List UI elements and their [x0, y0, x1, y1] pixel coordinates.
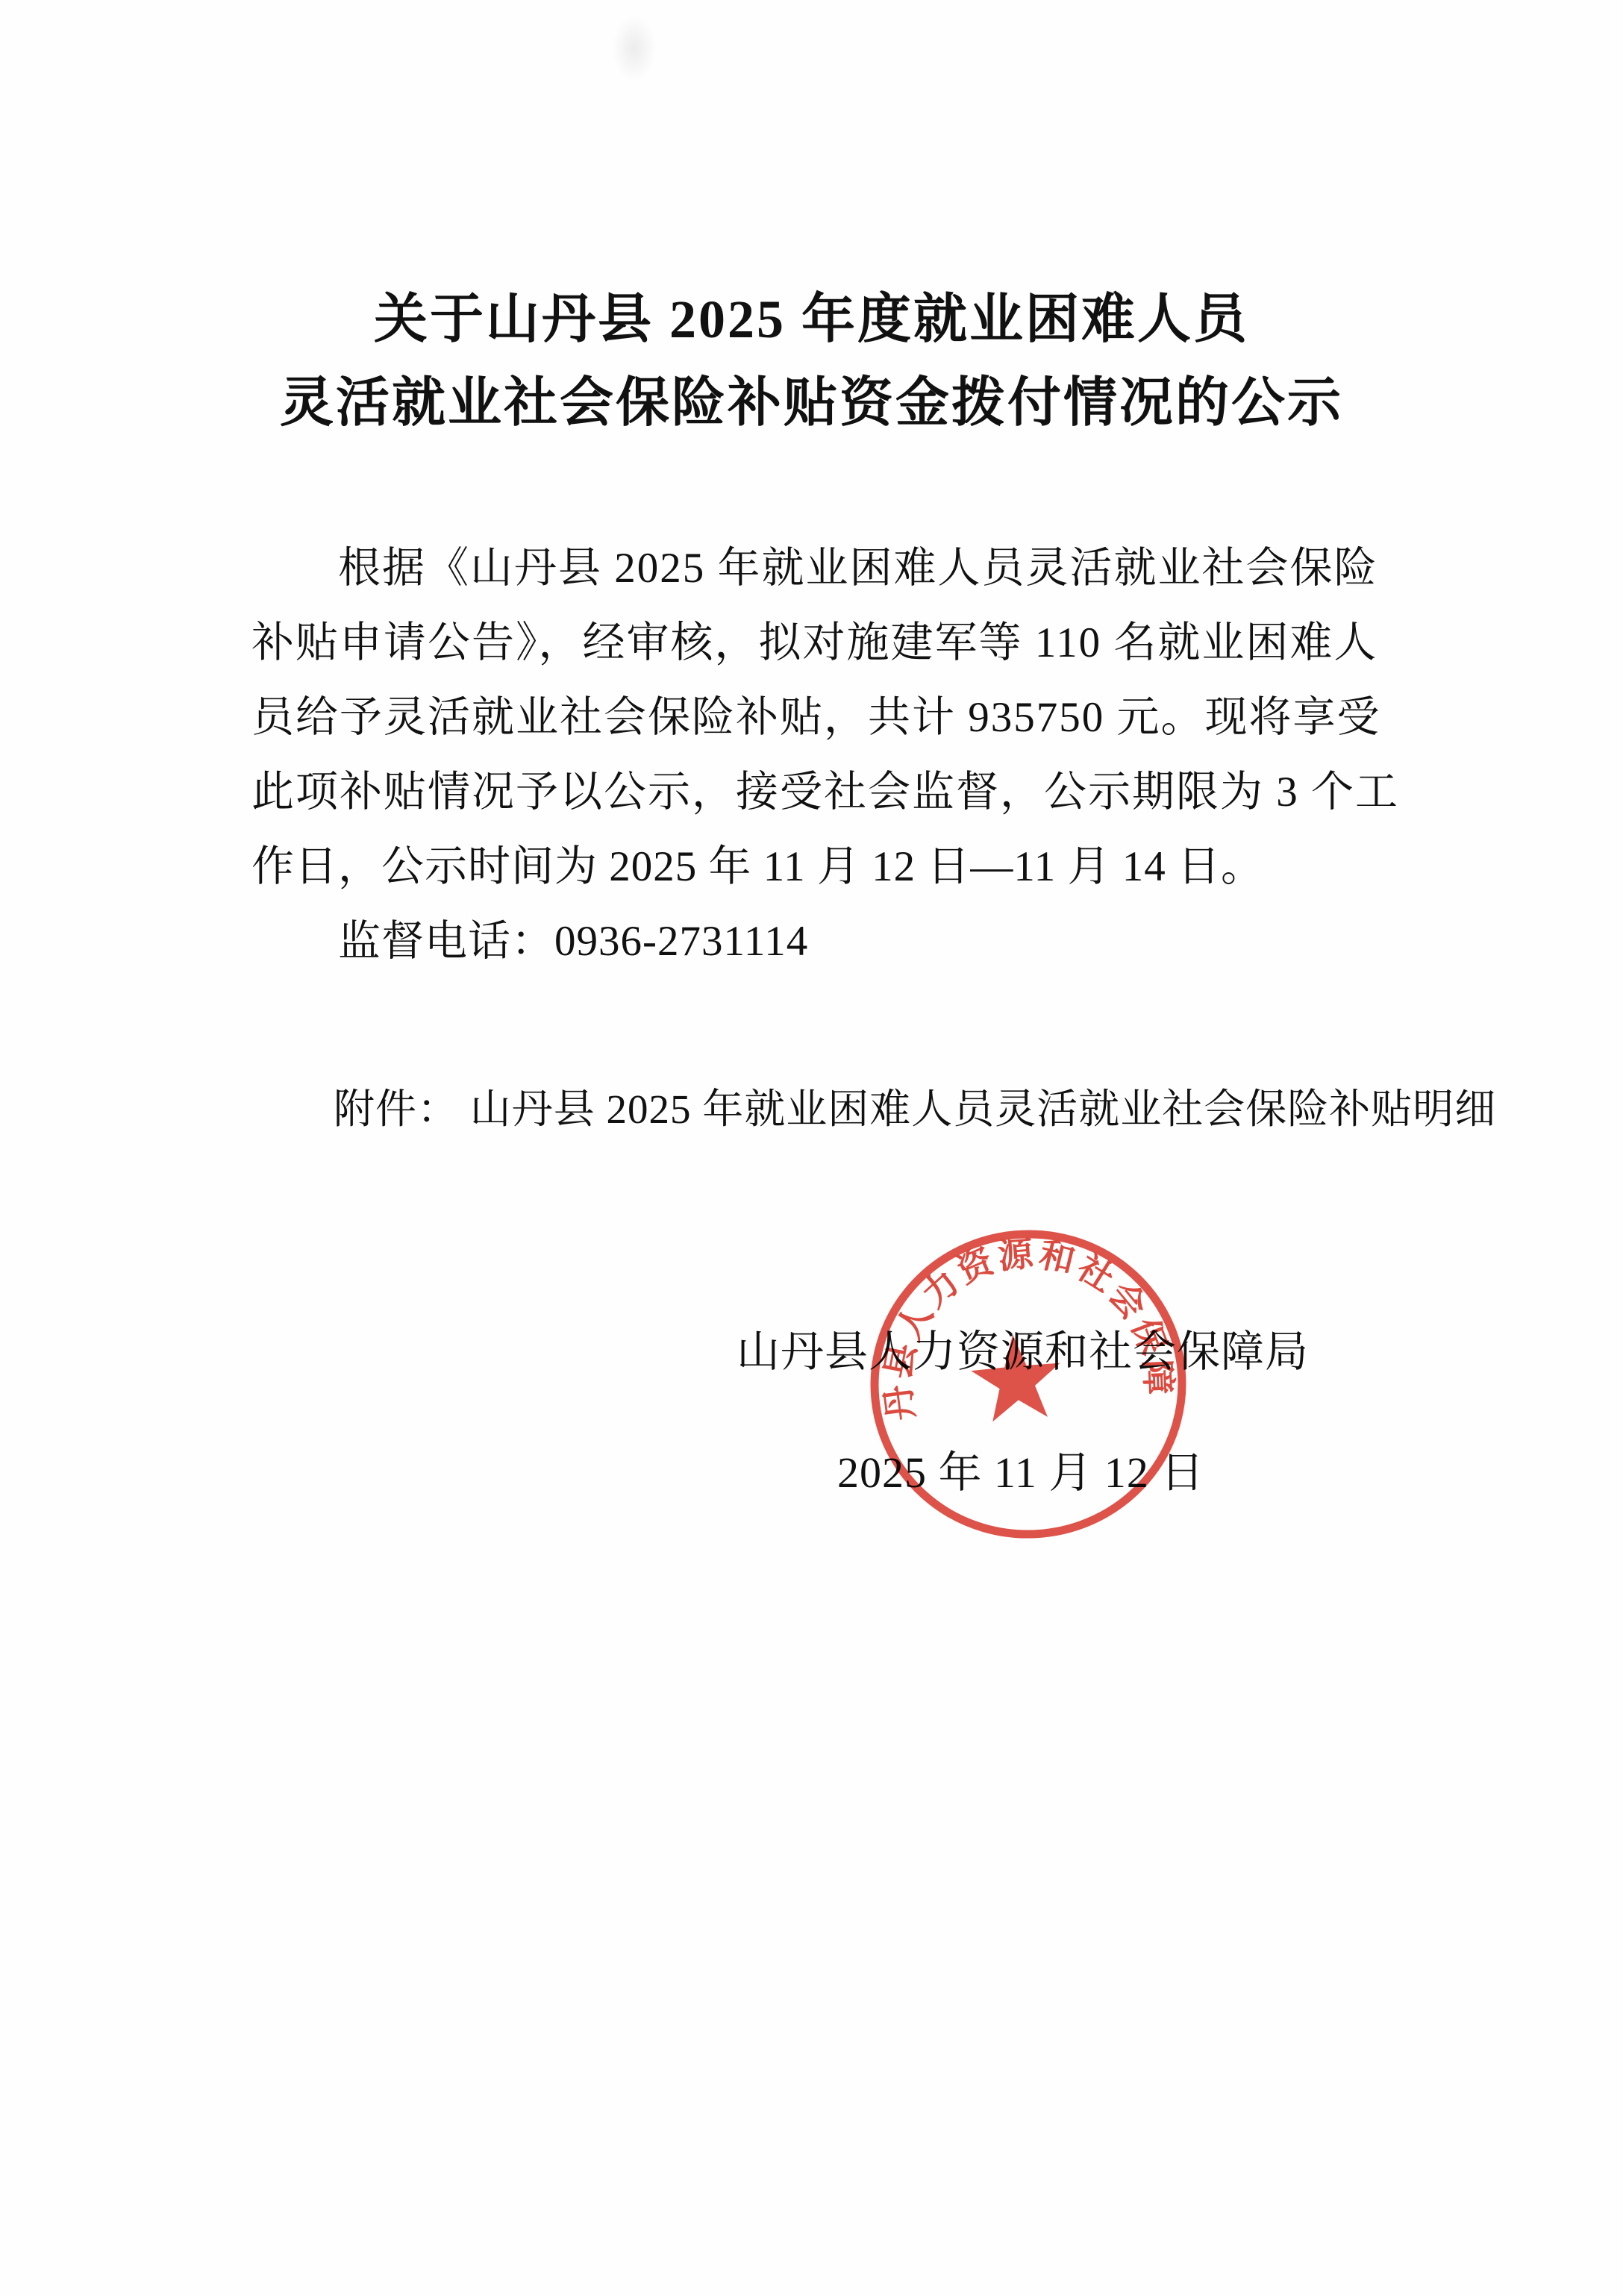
attachment-line: 附件： 山丹县 2025 年就业困难人员灵活就业社会保险补贴明细	[251, 1072, 1445, 1147]
scanned-announcement-page: 关于山丹县 2025 年度就业困难人员 灵活就业社会保险补贴资金拨付情况的公示 …	[0, 0, 1623, 2296]
document-title-line-1: 关于山丹县 2025 年度就业困难人员	[0, 278, 1623, 361]
document-body: 根据《山丹县 2025 年就业困难人员灵活就业社会保险 补贴申请公告》，经审核，…	[251, 531, 1378, 979]
issuer-signature: 山丹县人力资源和社会保障局	[737, 1315, 1309, 1389]
issue-date: 2025 年 11 月 12 日	[837, 1436, 1204, 1510]
document-title: 关于山丹县 2025 年度就业困难人员 灵活就业社会保险补贴资金拨付情况的公示	[0, 278, 1623, 445]
scan-smudge-artifact	[612, 15, 657, 82]
body-line-3: 员给予灵活就业社会保险补贴，共计 935750 元。现将享受	[251, 681, 1378, 755]
body-line-4: 此项补贴情况予以公示，接受社会监督，公示期限为 3 个工	[251, 755, 1378, 830]
supervision-phone-line: 监督电话：0936-2731114	[251, 904, 1378, 979]
body-line-2: 补贴申请公告》，经审核，拟对施建军等 110 名就业困难人	[251, 606, 1378, 681]
body-line-1: 根据《山丹县 2025 年就业困难人员灵活就业社会保险	[251, 531, 1378, 606]
body-line-5: 作日，公示时间为 2025 年 11 月 12 日—11 月 14 日。	[251, 830, 1378, 904]
document-title-line-2: 灵活就业社会保险补贴资金拨付情况的公示	[0, 361, 1623, 445]
